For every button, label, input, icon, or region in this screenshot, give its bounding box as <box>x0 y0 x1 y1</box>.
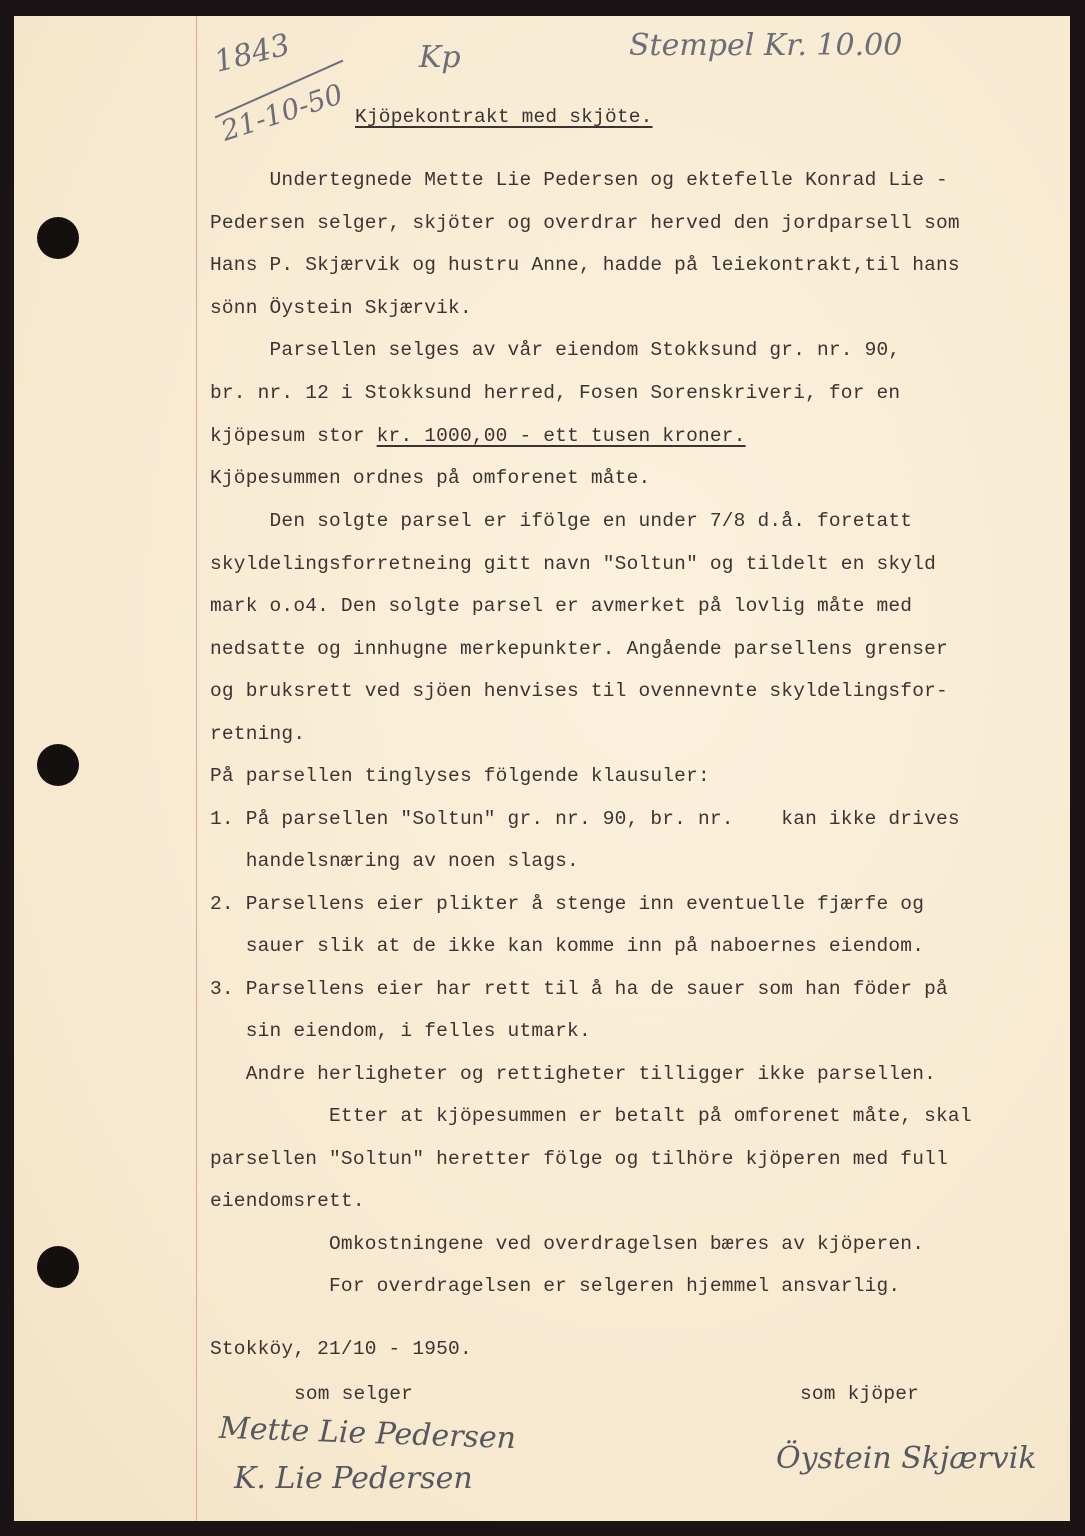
body-line: Andre herligheter og rettigheter tilligg… <box>210 1063 936 1085</box>
clause-1: 1. På parsellen "Soltun" gr. nr. 90, br.… <box>210 808 960 830</box>
clause-2: 2. Parsellens eier plikter å stenge inn … <box>210 893 924 915</box>
document-title: Kjöpekontrakt med skjöte. <box>355 106 653 128</box>
body-line: Hans P. Skjærvik og hustru Anne, hadde p… <box>210 254 960 276</box>
clause-2-cont: sauer slik at de ikke kan komme inn på n… <box>210 935 924 957</box>
body-line: nedsatte og innhugne merkepunkter. Angåe… <box>210 638 948 660</box>
body-line: På parsellen tinglyses fölgende klausule… <box>210 765 710 787</box>
body-line: kjöpesum stor kr. 1000,00 - ett tusen kr… <box>210 425 746 447</box>
stamp-fee-note: Stempel Kr. 10.00 <box>629 28 902 63</box>
seller-label: som selger <box>294 1383 413 1405</box>
place-date: Stokköy, 21/10 - 1950. <box>210 1338 472 1360</box>
margin-line <box>196 16 197 1521</box>
body-line: parsellen "Soltun" heretter fölge og til… <box>210 1148 948 1170</box>
purchase-price: kr. 1000,00 - ett tusen kroner. <box>377 425 746 447</box>
buyer-label: som kjöper <box>800 1383 919 1405</box>
clause-1-cont: handelsnæring av noen slags. <box>210 850 579 872</box>
body-line: For overdragelsen er selgeren hjemmel an… <box>210 1275 900 1297</box>
registration-number: 1843 <box>211 27 294 79</box>
punch-hole-icon <box>37 1246 79 1288</box>
body-line: skyldelingsforretneing gitt navn "Soltun… <box>210 553 936 575</box>
body-line: Pedersen selger, skjöter og overdrar her… <box>210 212 960 234</box>
body-line-text: kjöpesum stor <box>210 425 377 447</box>
buyer-signature: Öystein Skjærvik <box>776 1441 1037 1476</box>
body-line: og bruksrett ved sjöen henvises til oven… <box>210 680 948 702</box>
body-line: retning. <box>210 723 305 745</box>
body-line: Undertegnede Mette Lie Pedersen og ektef… <box>210 169 948 191</box>
clerk-initials: Kp <box>419 40 461 75</box>
punch-hole-icon <box>37 744 79 786</box>
seller-signature: K. Lie Pedersen <box>234 1461 473 1496</box>
body-line: Omkostningene ved overdragelsen bæres av… <box>210 1233 924 1255</box>
body-line: eiendomsrett. <box>210 1190 365 1212</box>
punch-hole-icon <box>37 217 79 259</box>
clause-3-cont: sin eiendom, i felles utmark. <box>210 1020 591 1042</box>
seller-signature: Mette Lie Pedersen <box>218 1411 516 1456</box>
body-line: mark o.o4. Den solgte parsel er avmerket… <box>210 595 912 617</box>
body-line: sönn Öystein Skjærvik. <box>210 297 472 319</box>
body-line: Kjöpesummen ordnes på omforenet måte. <box>210 467 650 489</box>
document-page: 1843 21-10-50 Kp Stempel Kr. 10.00 Kjöpe… <box>14 16 1070 1521</box>
body-line: Den solgte parsel er ifölge en under 7/8… <box>210 510 912 532</box>
body-line: Parsellen selges av vår eiendom Stokksun… <box>210 339 900 361</box>
clause-3: 3. Parsellens eier har rett til å ha de … <box>210 978 948 1000</box>
body-line: br. nr. 12 i Stokksund herred, Fosen Sor… <box>210 382 900 404</box>
body-line: Etter at kjöpesummen er betalt på omfore… <box>210 1105 972 1127</box>
